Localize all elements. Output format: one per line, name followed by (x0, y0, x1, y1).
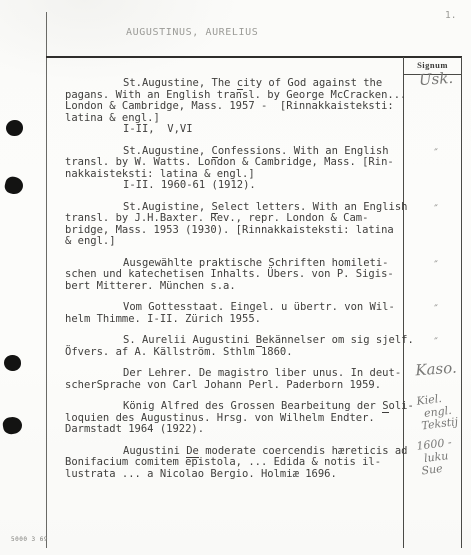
catalog-entry: S. Aurelii Augustini Bekännelser om sig … (65, 335, 411, 358)
catalog-entry: Ausgewählte praktische Schriften homilet… (65, 258, 411, 293)
page-title: AUGUSTINUS, AURELIUS (126, 27, 258, 38)
entry-line: helm Thimme. I-II. Zürich 1955. (65, 314, 411, 326)
signum-mark: ″ (408, 204, 464, 215)
signum-mark: Kaso. (407, 358, 464, 380)
left-margin-rule (46, 12, 47, 548)
entry-line: lustrata ... a Nicolao Bergio. Holmiæ 16… (65, 469, 411, 481)
signum-mark: ″ (408, 148, 464, 159)
signum-mark: ″ (408, 304, 464, 315)
punch-hole-dot (4, 355, 21, 371)
entry-line: bridge, Mass. 1953 (1930). [Rinnakkaiste… (65, 225, 411, 237)
punch-hole-dot (2, 415, 24, 435)
catalog-entry: St.Augistine, Select letters. With an En… (65, 202, 411, 248)
signum-mark: 1600 -lukuSue (406, 434, 471, 479)
catalog-entry: König Alfred des Grossen Bearbeitung der… (65, 401, 411, 436)
catalog-entry: Vom Gottesstaat. Eingel. u übertr. von W… (65, 302, 411, 325)
entry-line: scherSprache von Carl Johann Perl. Pader… (65, 380, 411, 392)
entry-line: Darmstadt 1964 (1922). (65, 424, 411, 436)
signum-column-right-rule (461, 57, 462, 548)
catalog-entry: St.Augustine, Confessions. With an Engli… (65, 146, 411, 192)
catalog-entry: St.Augustine, The city of God against th… (65, 78, 411, 136)
table-top-rule (46, 56, 462, 58)
catalog-entry: Augustini De moderate coercendis hæretic… (65, 446, 411, 481)
signum-mark: Usk. (407, 68, 464, 90)
catalog-entry: Der Lehrer. De magistro liber unus. In d… (65, 368, 411, 391)
entry-line: latina & engl.] (65, 113, 411, 125)
punch-hole-dot (6, 120, 23, 136)
entries: St.Augustine, The city of God against th… (65, 78, 411, 490)
print-code: 5000 3 69 (11, 536, 48, 543)
signum-mark: ″ (408, 260, 464, 271)
entry-line: bert Mitterer. München s.a. (65, 281, 411, 293)
catalog-sheet: 1. AUGUSTINUS, AURELIUS Signum St.August… (0, 0, 471, 555)
entry-line: I-II. 1960-61 (1912). (65, 180, 411, 192)
punch-hole-dot (3, 175, 25, 196)
signum-mark: ″ (408, 337, 464, 348)
entry-line: Öfvers. af A. Källström. Sthlm 1860. (65, 347, 411, 359)
signum-mark: Kiel.engl.Tekstij (406, 389, 471, 434)
page-number: 1. (445, 10, 456, 21)
entry-line: & engl.] (65, 236, 411, 248)
entry-line: I-II, V,VI (65, 124, 411, 136)
